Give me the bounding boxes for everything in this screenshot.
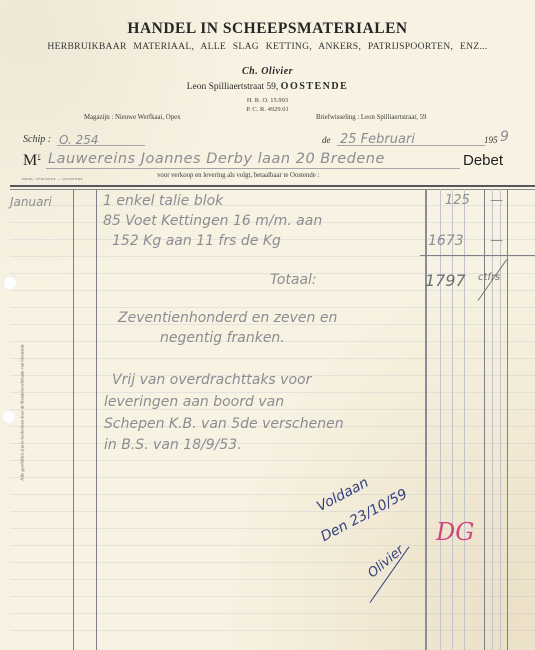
ledger-line-3-amount: 1673 — [428, 233, 464, 249]
payment-terms: voor verkoop en levering als volgt, beta… — [157, 172, 319, 179]
address-street: Leon Spilliaertstraat 59, — [187, 82, 279, 92]
date-value: 25 Februari — [337, 132, 415, 147]
table-top-rule-thin — [10, 189, 535, 190]
date-prefix: de — [322, 135, 331, 145]
total-value: 1797 — [425, 271, 466, 290]
column-divider-description — [96, 189, 97, 650]
grid-line — [10, 256, 535, 257]
ship-field: O. 254 — [57, 131, 145, 146]
customer-prefix-suffix: r — [38, 152, 40, 160]
ship-value: O. 254 — [57, 133, 99, 147]
ledger-line-2-description: 85 Voet Kettingen 16 m/m. aan — [103, 213, 322, 229]
total-label: Totaal: — [270, 272, 317, 288]
address-city: OOSTENDE — [281, 81, 349, 92]
grid-line — [10, 460, 535, 461]
column-divider-amount — [425, 189, 427, 650]
grid-line — [10, 511, 535, 512]
ledger-line-1-cents: — — [490, 193, 503, 208]
grid-col — [440, 189, 441, 650]
punch-hole — [2, 410, 16, 424]
grid-line — [10, 358, 535, 359]
grid-col — [500, 189, 501, 650]
ledger-month: Januari — [10, 195, 52, 209]
pcr-number: P. C. R. 4929.01 — [0, 106, 535, 113]
column-divider-date — [73, 189, 74, 650]
year-suffix: 9 — [500, 129, 509, 145]
grid-line — [10, 392, 535, 393]
punch-hole — [3, 276, 17, 290]
grid-line — [10, 290, 535, 291]
grid-line — [10, 562, 535, 563]
customer-prefix: M — [23, 152, 37, 170]
grid-line — [10, 630, 535, 631]
tax-note-line-1: Vrij van overdrachttaks voor — [112, 372, 311, 388]
warehouse-address: Magazijn : Nieuwe Werfkaai, Opex — [84, 114, 181, 121]
date-field: 25 Februari — [337, 130, 485, 146]
grid-line — [10, 307, 535, 308]
subtotal-rule — [420, 255, 535, 256]
grid-line — [10, 494, 535, 495]
tax-note-line-3: Schepen K.B. van 5de verschenen — [104, 416, 344, 432]
year-prefix: 195 — [484, 135, 498, 145]
column-divider-cents — [484, 189, 485, 650]
debet-label: Debet — [463, 152, 503, 169]
correspondence-address: Briefwisseling : Leon Spilliaertstraat, … — [316, 114, 426, 121]
customer-value: Lauwereins Joannes Derby laan 20 Bredene — [46, 151, 385, 167]
ledger-line-3-description: 152 Kg aan 11 frs de Kg — [112, 233, 281, 249]
ledger-line-1-amount: 125 — [445, 193, 470, 208]
company-subtitle: HERBRUIKBAAR MATERIAAL, ALLE SLAG KETTIN… — [0, 41, 535, 52]
amount-in-words-line-2: negentig franken. — [160, 330, 285, 346]
grid-line — [10, 477, 535, 478]
grid-line — [10, 596, 535, 597]
grid-line — [10, 443, 535, 444]
grid-col — [464, 189, 465, 650]
tax-note-line-2: leveringen aan boord van — [104, 394, 284, 410]
grid-line — [10, 579, 535, 580]
tax-note-line-4: in B.S. van 18/9/53. — [104, 437, 242, 453]
customer-field: Lauwereins Joannes Derby laan 20 Bredene — [46, 150, 460, 169]
ledger-line-3-cents: — — [490, 233, 503, 248]
grid-col — [492, 189, 493, 650]
ledger-line-1-description: 1 enkel talie blok — [103, 193, 223, 209]
grid-line — [10, 613, 535, 614]
company-address: Leon Spilliaertstraat 59, OOSTENDE — [0, 81, 535, 92]
ship-label: Schip : — [23, 134, 51, 145]
table-top-rule — [10, 185, 535, 187]
grid-col — [452, 189, 453, 650]
amount-in-words-line-1: Zeventienhonderd en zeven en — [118, 310, 337, 326]
owner-name: Ch. Olivier — [0, 66, 535, 77]
printer-credit: DRUK. VERVAEKE — OOSTENDE — [22, 177, 83, 181]
company-title: HANDEL IN SCHEEPSMATERIALEN — [0, 20, 535, 38]
column-divider-end — [507, 189, 508, 650]
pink-initials: DG — [436, 518, 474, 546]
legal-notice-vertical: Alle geschillen zijn te beslechten door … — [20, 343, 25, 483]
hro-number: H. R. O. 15.993 — [0, 97, 535, 104]
